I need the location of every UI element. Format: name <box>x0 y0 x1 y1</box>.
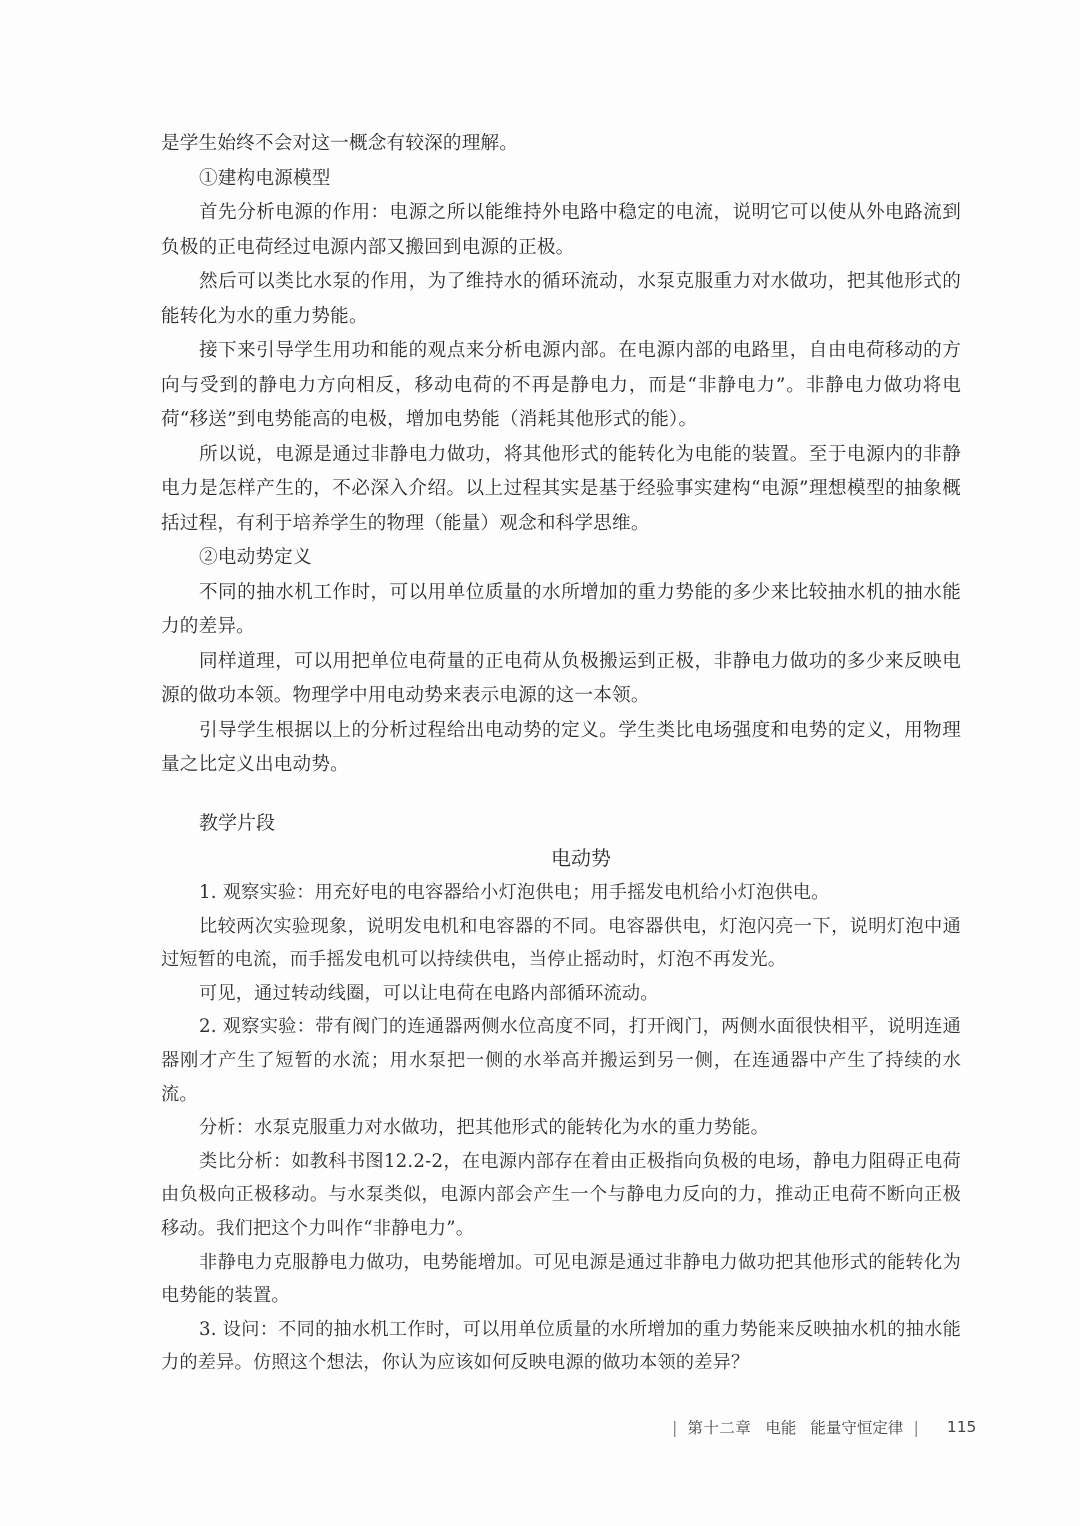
paragraph: 3. 设问：不同的抽水机工作时，可以用单位质量的水所增加的重力势能来反映抽水机的… <box>161 1313 961 1380</box>
paragraph: 非静电力克服静电力做功，电势能增加。可见电源是通过非静电力做功把其他形式的能转化… <box>161 1246 961 1313</box>
section-teaching-excerpt: 教学片段 电动势 1. 观察实验：用充好电的电容器给小灯泡供电；用手摇发电机给小… <box>161 806 961 1380</box>
section-teaching-suggestions: 是学生始终不会对这一概念有较深的理解。 ①建构电源模型 首先分析电源的作用：电源… <box>161 127 961 783</box>
footer-chapter-part1: 电能 <box>765 1416 796 1438</box>
paragraph: 类比分析：如教科书图12.2-2，在电源内部存在着由正极指向负极的电场，静电力阻… <box>161 1145 961 1246</box>
footer-divider: | <box>672 1418 677 1437</box>
paragraph: 1. 观察实验：用充好电的电容器给小灯泡供电；用手摇发电机给小灯泡供电。 <box>161 876 961 910</box>
paragraph: 然后可以类比水泵的作用，为了维持水的循环流动，水泵克服重力对水做功，把其他形式的… <box>161 265 961 334</box>
paragraph: 同样道理，可以用把单位电荷量的正电荷从负极搬运到正极，非静电力做功的多少来反映电… <box>161 645 961 714</box>
excerpt-title: 电动势 <box>161 840 961 876</box>
footer-chapter-part2: 能量守恒定律 <box>810 1416 903 1438</box>
paragraph: 接下来引导学生用功和能的观点来分析电源内部。在电源内部的电路里，自由电荷移动的方… <box>161 334 961 438</box>
page-number: 115 <box>947 1418 977 1436</box>
paragraph: 可见，通过转动线圈，可以让电荷在电路内部循环流动。 <box>161 977 961 1011</box>
subheading-power-source-model: ①建构电源模型 <box>161 162 961 197</box>
footer-chapter: 第十二章 <box>687 1416 751 1438</box>
paragraph: 首先分析电源的作用：电源之所以能维持外电路中稳定的电流，说明它可以使从外电路流到… <box>161 196 961 265</box>
paragraph: 比较两次实验现象，说明发电机和电容器的不同。电容器供电，灯泡闪亮一下，说明灯泡中… <box>161 910 961 977</box>
paragraph: 2. 观察实验：带有阀门的连通器两侧水位高度不同，打开阀门，两侧水面很快相平，说… <box>161 1010 961 1111</box>
page-footer: | 第十二章 电能 能量守恒定律 | 115 <box>662 1416 976 1438</box>
subheading-emf-definition: ②电动势定义 <box>161 541 961 576</box>
paragraph: 引导学生根据以上的分析过程给出电动势的定义。学生类比电场强度和电势的定义，用物理… <box>161 714 961 783</box>
paragraph: 分析：水泵克服重力对水做功，把其他形式的能转化为水的重力势能。 <box>161 1111 961 1145</box>
footer-divider: | <box>913 1418 918 1437</box>
paragraph: 不同的抽水机工作时，可以用单位质量的水所增加的重力势能的多少来比较抽水机的抽水能… <box>161 576 961 645</box>
paragraph: 所以说，电源是通过非静电力做功，将其他形式的能转化为电能的装置。至于电源内的非静… <box>161 438 961 542</box>
paragraph-continuation: 是学生始终不会对这一概念有较深的理解。 <box>161 127 961 162</box>
section-heading: 教学片段 <box>199 806 961 840</box>
